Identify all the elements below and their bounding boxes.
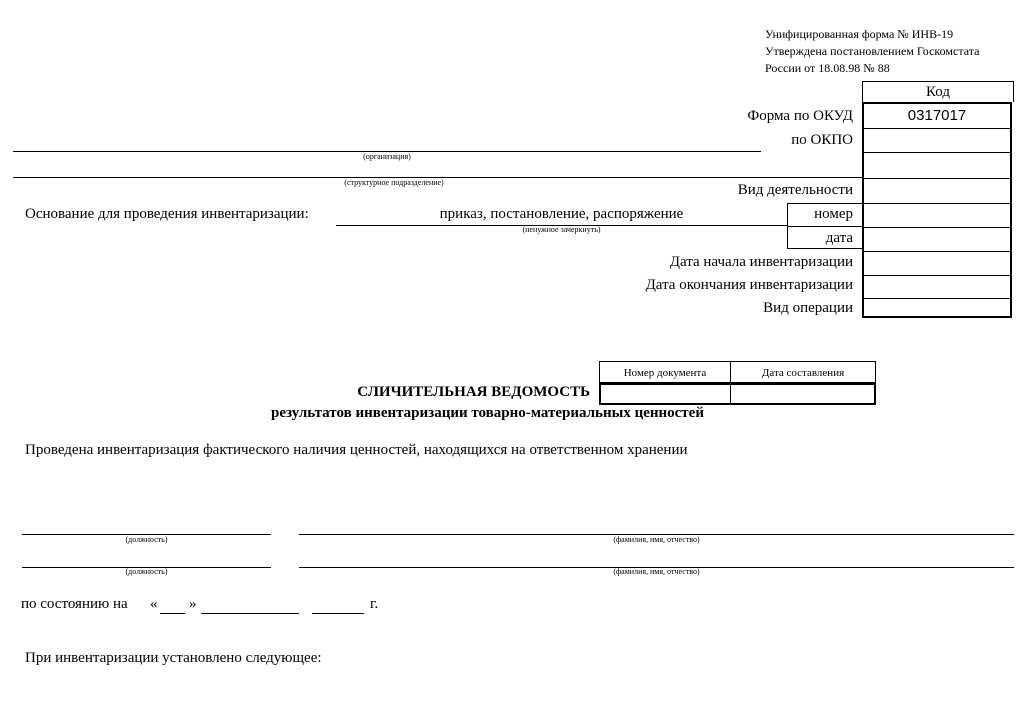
operation-type-label: Вид операции [763,300,853,317]
document-number-header: Номер документа [600,362,730,382]
basis-number-cell[interactable] [864,204,1010,228]
document-table-header: Номер документа Дата составления [599,361,876,383]
year-field[interactable] [312,598,364,613]
close-quote: » [189,596,197,613]
form-header-line-3: России от 18.08.98 № 88 [765,59,890,77]
name-field-1[interactable] [299,517,1014,533]
open-quote: « [150,596,158,613]
basis-number-label: номер [814,206,853,223]
code-box: 0317017 [862,102,1012,318]
okpo-label: по ОКПО [791,132,853,149]
start-date-label: Дата начала инвентаризации [670,254,853,271]
document-date-field[interactable] [731,385,874,403]
okud-label: Форма по ОКУД [747,108,853,125]
position-caption-2: (должность) [22,567,271,576]
okud-code-cell[interactable]: 0317017 [864,104,1010,129]
document-table-body [599,383,876,405]
name-caption-1: (фамилия, имя, отчество) [299,535,1014,544]
basis-date-label: дата [826,230,853,247]
name-field-2[interactable] [299,550,1014,566]
code-column-header: Код [862,81,1014,102]
form-header-line-1: Унифицированная форма № ИНВ-19 [765,25,953,43]
year-line [312,613,364,614]
basis-label: Основание для проведения инвентаризации: [25,206,309,223]
form-header-line-2: Утверждена постановлением Госкомстата [765,42,979,60]
intro-text: Проведена инвентаризация фактического на… [25,442,688,459]
name-caption-2: (фамилия, имя, отчество) [299,567,1014,576]
day-field[interactable] [160,598,185,613]
department-code-cell[interactable] [864,153,1010,179]
position-caption-1: (должность) [22,535,271,544]
findings-label: При инвентаризации установлено следующее… [25,650,322,667]
basis-field[interactable]: приказ, постановление, распоряжение [336,206,787,223]
as-of-label: по состоянию на [21,596,128,613]
document-title: СЛИЧИТЕЛЬНАЯ ВЕДОМОСТЬ [0,384,590,401]
document-subtitle: результатов инвентаризации товарно-матер… [0,405,975,422]
year-suffix: г. [370,596,378,613]
department-caption: (структурное подразделение) [13,178,775,187]
position-field-2[interactable] [22,550,271,566]
position-field-1[interactable] [22,517,271,533]
end-date-label: Дата окончания инвентаризации [646,277,853,294]
basis-date-cell[interactable] [864,228,1010,252]
end-date-cell[interactable] [864,276,1010,299]
document-number-field[interactable] [601,385,729,403]
operation-type-cell[interactable] [864,299,1010,316]
basis-caption: (ненужное зачеркнуть) [336,225,787,234]
month-line [201,613,299,614]
month-field[interactable] [201,598,299,613]
start-date-cell[interactable] [864,252,1010,276]
department-field[interactable] [13,160,862,176]
document-date-header: Дата составления [731,362,875,382]
day-line [160,613,185,614]
okpo-code-cell[interactable] [864,129,1010,153]
activity-code-cell[interactable] [864,179,1010,204]
organization-field[interactable] [13,134,761,150]
